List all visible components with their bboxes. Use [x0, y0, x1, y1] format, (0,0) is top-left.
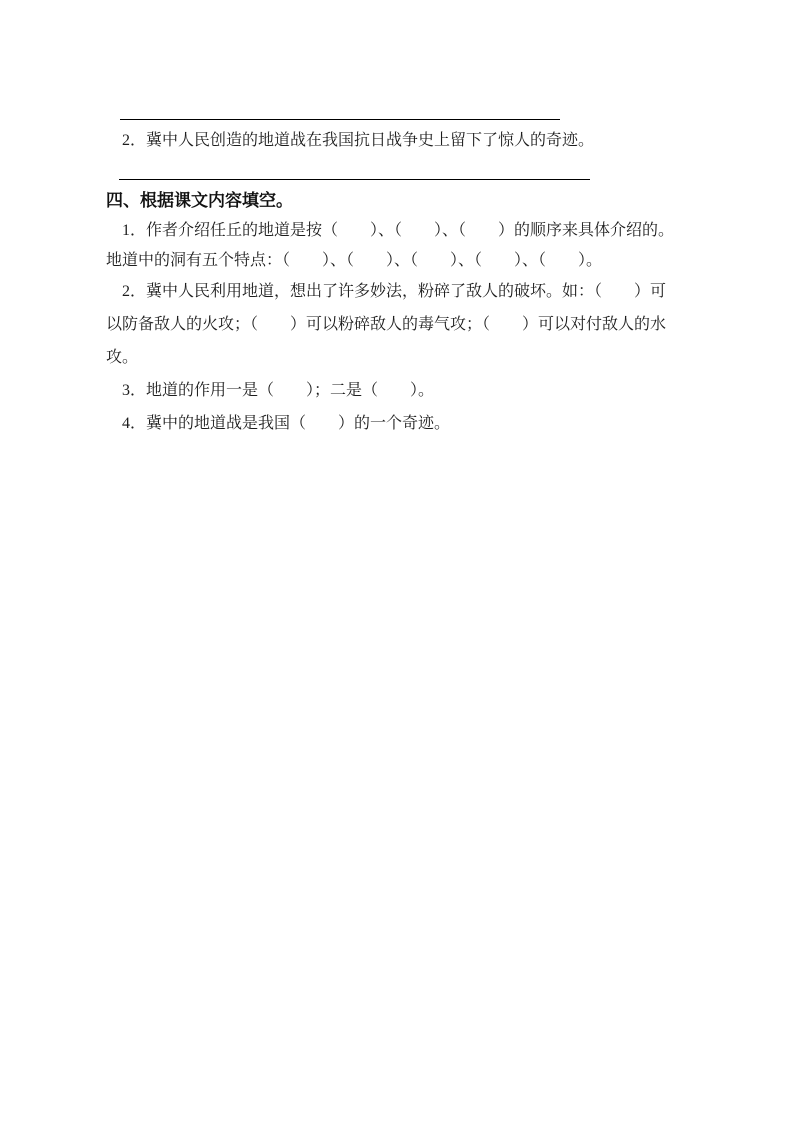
- question-4-line-1: 4．冀中的地道战是我国（ ）的一个奇迹。: [122, 414, 450, 434]
- worksheet-page: 2．冀中人民创造的地道战在我国抗日战争史上留下了惊人的奇迹。 四、根据课文内容填…: [0, 0, 793, 1122]
- exercise-item-2-text: 2．冀中人民创造的地道战在我国抗日战争史上留下了惊人的奇迹。: [122, 131, 594, 151]
- question-3-line-1: 3．地道的作用一是（ ）；二是（ ）。: [122, 381, 434, 401]
- question-2-line-1: 2．冀中人民利用地道，想出了许多妙法，粉碎了敌人的破坏。如：（ ）可: [122, 282, 666, 302]
- section-four-heading: 四、根据课文内容填空。: [106, 191, 293, 211]
- question-2-line-2: 以防备敌人的火攻；（ ）可以粉碎敌人的毒气攻；（ ）可以对付敌人的水: [106, 315, 666, 335]
- answer-line-rule: [119, 179, 590, 180]
- question-1-line-1: 1．作者介绍任丘的地道是按（ ）、（ ）、（ ）的顺序来具体介绍的。: [122, 221, 674, 241]
- question-1-line-2: 地道中的洞有五个特点：（ ）、（ ）、（ ）、（ ）、（ ）。: [106, 251, 602, 271]
- question-2-line-3: 攻。: [106, 348, 138, 368]
- answer-line-rule: [120, 119, 560, 120]
